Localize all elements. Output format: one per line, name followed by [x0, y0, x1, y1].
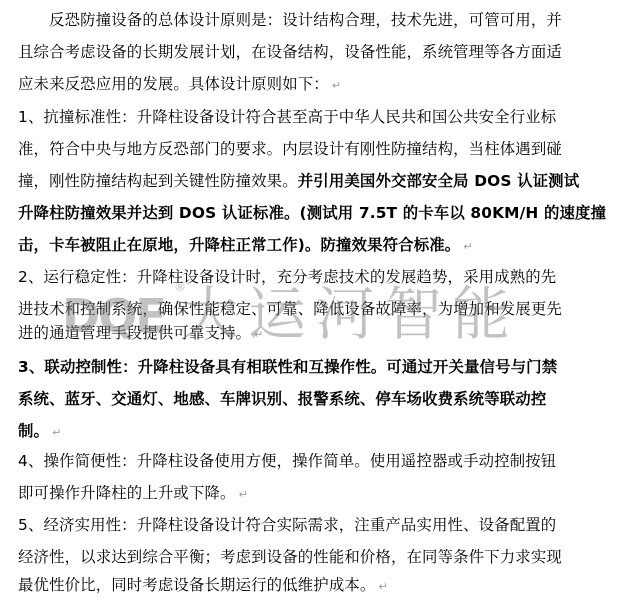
text-line: 进技术和控制系统，确保性能稳定、可靠、降低设备故障率，为增加和发展更先	[18, 299, 562, 319]
text-line: 即可操作升降柱的上升或下降。↵	[18, 483, 248, 505]
text-line: 且综合考虑设备的长期发展计划，在设备结构，设备性能，系统管理等各方面适	[18, 42, 562, 62]
line-text: 4、操作简便性：升降柱设备使用方便，操作简单。使用遥控器或手动控制按钮	[18, 452, 556, 470]
text-line: 进的通道管理手段提供可靠支持。↵	[18, 323, 264, 345]
text-line: 系统、蓝牙、交通灯、地感、车牌识别、报警系统、停车场收费系统等联动控	[18, 389, 546, 409]
line-text: 应未来反恐应用的发展。具体设计原则如下：	[18, 75, 329, 93]
text-line: 升降柱防撞效果并达到 DOS 认证标准。(测试用 7.5T 的卡车以 80KM/…	[18, 203, 606, 223]
text-line: 最优性价比，同时考虑设备长期运行的低维护成本。↵	[18, 575, 388, 597]
line-text: 反恐防撞设备的总体设计原则是：设计结构合理，技术先进，可管可用，并	[18, 11, 562, 29]
line-text: 2、运行稳定性：升降柱设备设计时，充分考虑技术的发展趋势，采用成熟的先	[18, 268, 556, 286]
text-line: 2、运行稳定性：升降柱设备设计时，充分考虑技术的发展趋势，采用成熟的先	[18, 267, 556, 287]
text-line: 准，符合中央与地方反恐部门的要求。内层设计有刚性防撞结构，当柱体遇到碰	[18, 139, 562, 159]
text-line: 5、经济实用性：升降柱设备设计符合实际需求，注重产品实用性、设备配置的	[18, 515, 556, 535]
text-line: 撞，刚性防撞结构起到关键性防撞效果。并引用美国外交部安全局 DOS 认证测试	[18, 171, 579, 191]
paragraph-mark-icon: ↵	[239, 488, 248, 501]
paragraph-mark-icon: ↵	[378, 580, 387, 593]
line-text: 击，卡车被阻止在原地，升降柱正常工作)。防撞效果符合标准。	[18, 236, 460, 254]
line-text: 1、抗撞标准性：升降柱设备设计符合甚至高于中华人民共和国公共安全行业标	[18, 108, 556, 126]
line-text: 经济性，以求达到综合平衡；考虑到设备的性能和价格，在同等条件下力求实现	[18, 548, 562, 566]
text-line: 应未来反恐应用的发展。具体设计原则如下：↵	[18, 74, 341, 96]
line-text: 且综合考虑设备的长期发展计划，在设备结构，设备性能，系统管理等各方面适	[18, 43, 562, 61]
line-text: 准，符合中央与地方反恐部门的要求。内层设计有刚性防撞结构，当柱体遇到碰	[18, 140, 562, 158]
text-line: 4、操作简便性：升降柱设备使用方便，操作简单。使用遥控器或手动控制按钮	[18, 451, 556, 471]
text-line: 反恐防撞设备的总体设计原则是：设计结构合理，技术先进，可管可用，并	[18, 10, 562, 30]
line-text: 3、联动控制性：升降柱设备具有相联性和互操作性。可通过开关量信号与门禁	[18, 358, 557, 376]
line-text: 5、经济实用性：升降柱设备设计符合实际需求，注重产品实用性、设备配置的	[18, 516, 556, 534]
text-line: 3、联动控制性：升降柱设备具有相联性和互操作性。可通过开关量信号与门禁	[18, 357, 557, 377]
text-line: 制。↵	[18, 421, 61, 443]
paragraph-mark-icon: ↵	[463, 240, 472, 253]
line-text: 进技术和控制系统，确保性能稳定、可靠、降低设备故障率，为增加和发展更先	[18, 300, 562, 318]
bold-text: 并引用美国外交部安全局 DOS 认证测试	[298, 172, 580, 190]
line-text: 进的通道管理手段提供可靠支持。	[18, 324, 251, 342]
paragraph-mark-icon: ↵	[52, 426, 61, 439]
line-text: 升降柱防撞效果并达到 DOS 认证标准。(测试用 7.5T 的卡车以 80KM/…	[18, 204, 606, 222]
line-text: 系统、蓝牙、交通灯、地感、车牌识别、报警系统、停车场收费系统等联动控	[18, 390, 546, 408]
line-text: 即可操作升降柱的上升或下降。	[18, 484, 236, 502]
line-text: 撞，刚性防撞结构起到关键性防撞效果。	[18, 172, 298, 190]
paragraph-mark-icon: ↵	[254, 328, 263, 341]
text-line: 1、抗撞标准性：升降柱设备设计符合甚至高于中华人民共和国公共安全行业标	[18, 107, 556, 127]
paragraph-mark-icon: ↵	[332, 79, 341, 92]
text-line: 击，卡车被阻止在原地，升降柱正常工作)。防撞效果符合标准。↵	[18, 235, 473, 257]
text-line: 经济性，以求达到综合平衡；考虑到设备的性能和价格，在同等条件下力求实现	[18, 547, 562, 567]
line-text: 最优性价比，同时考虑设备长期运行的低维护成本。	[18, 576, 375, 594]
line-text: 制。	[18, 422, 49, 440]
